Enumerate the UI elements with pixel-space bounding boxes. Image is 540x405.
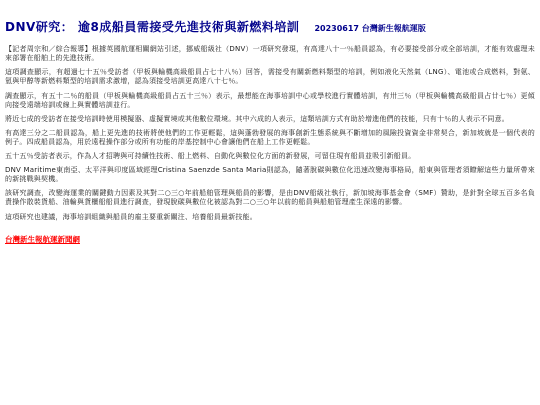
headline: DNV研究： 逾8成船員需接受先進技術與新燃料培訓 20230617 台灣新生報… [5, 3, 535, 38]
article-body: 【記者周宗和／綜合報導】根據英國航運相關網站引述，挪威船級社（DNV）一項研究發… [5, 45, 535, 221]
article-paragraph: DNV Maritime東南亞、太平洋與印度區域經理Cristina Saenz… [5, 166, 535, 184]
page-title: DNV研究： 逾8成船員需接受先進技術與新燃料培訓 [5, 20, 299, 34]
article-paragraph: 五十五％受訪者表示，作為人才招聘與可持續性技術、船上燃料、自動化與數位化方面的新… [5, 152, 535, 161]
article-paragraph: 這項研究也建議，海事培訓組織與船員的雇主要重新關注、培養船員最新技能。 [5, 213, 535, 222]
article-paragraph: 該研究調查，改變海運業的關鍵動力因素及其對二○三○年前船舶管理與船員的影響，是由… [5, 189, 535, 207]
article-paragraph: 將近七成的受訪者在接受培訓時使用模擬器、虛擬實境或其他數位環境。其中六成的人表示… [5, 115, 535, 124]
article-paragraph: 【記者周宗和／綜合報導】根據英國航運相關網站引述，挪威船級社（DNV）一項研究發… [5, 45, 535, 63]
source-link[interactable]: 台灣新生報航運新聞網 [5, 234, 80, 245]
article-page: DNV研究： 逾8成船員需接受先進技術與新燃料培訓 20230617 台灣新生報… [0, 0, 540, 405]
date-edition: 20230617 台灣新生報航運版 [314, 24, 425, 33]
article-paragraph: 這項調查顯示，有超過七十五％受訪者（甲板與輪機高級船員占七十八％）回答，需接受有… [5, 68, 535, 86]
article-paragraph: 調查顯示，有五十二％的船員（甲板與輪機高級船員占五十三％）表示，最想能在海事培訓… [5, 92, 535, 110]
article-paragraph: 有高達三分之二船員認為，船上更先進的技術將使他們的工作更輕鬆，這與蓬勃發展的海事… [5, 129, 535, 147]
